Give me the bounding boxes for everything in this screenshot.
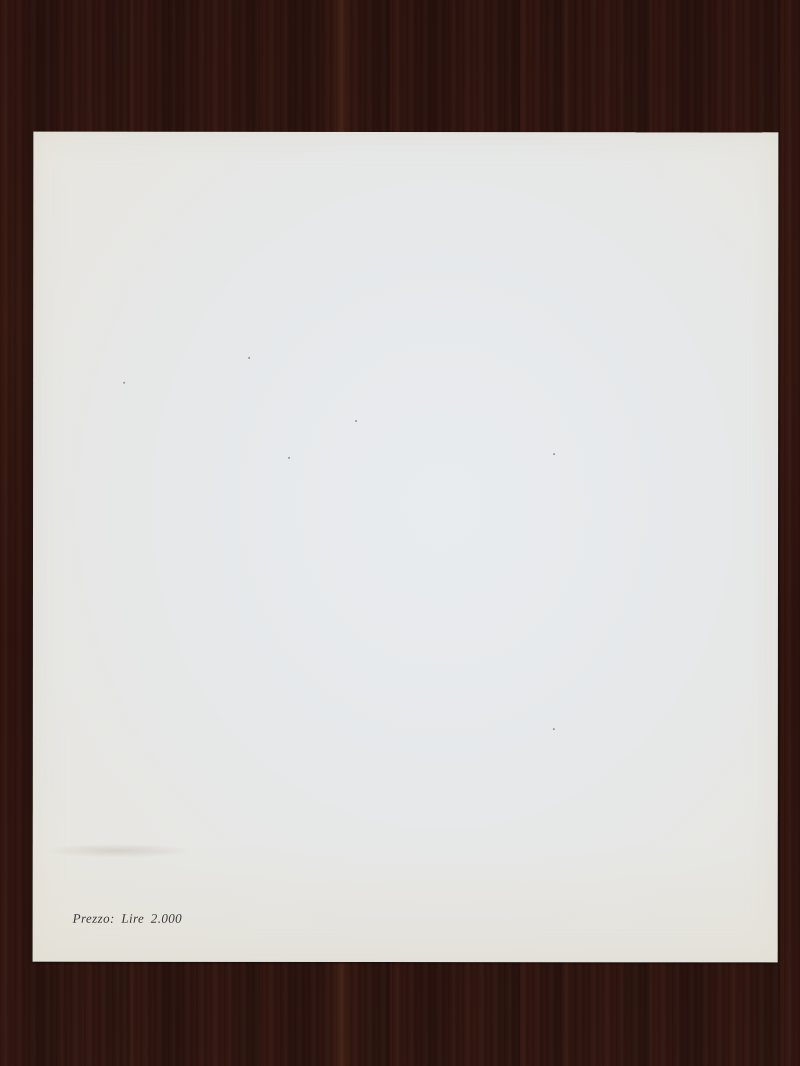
paper-speck	[553, 453, 555, 455]
paper-speck	[123, 382, 125, 384]
price-label: Prezzo: Lire 2.000	[73, 911, 182, 927]
paper-speck	[248, 357, 250, 359]
paper-speck	[288, 457, 290, 459]
cover-shading	[33, 842, 778, 963]
book-back-cover: Prezzo: Lire 2.000	[33, 132, 779, 963]
paper-speck	[553, 728, 555, 730]
cover-smudge	[43, 844, 193, 858]
paper-speck	[355, 420, 357, 422]
